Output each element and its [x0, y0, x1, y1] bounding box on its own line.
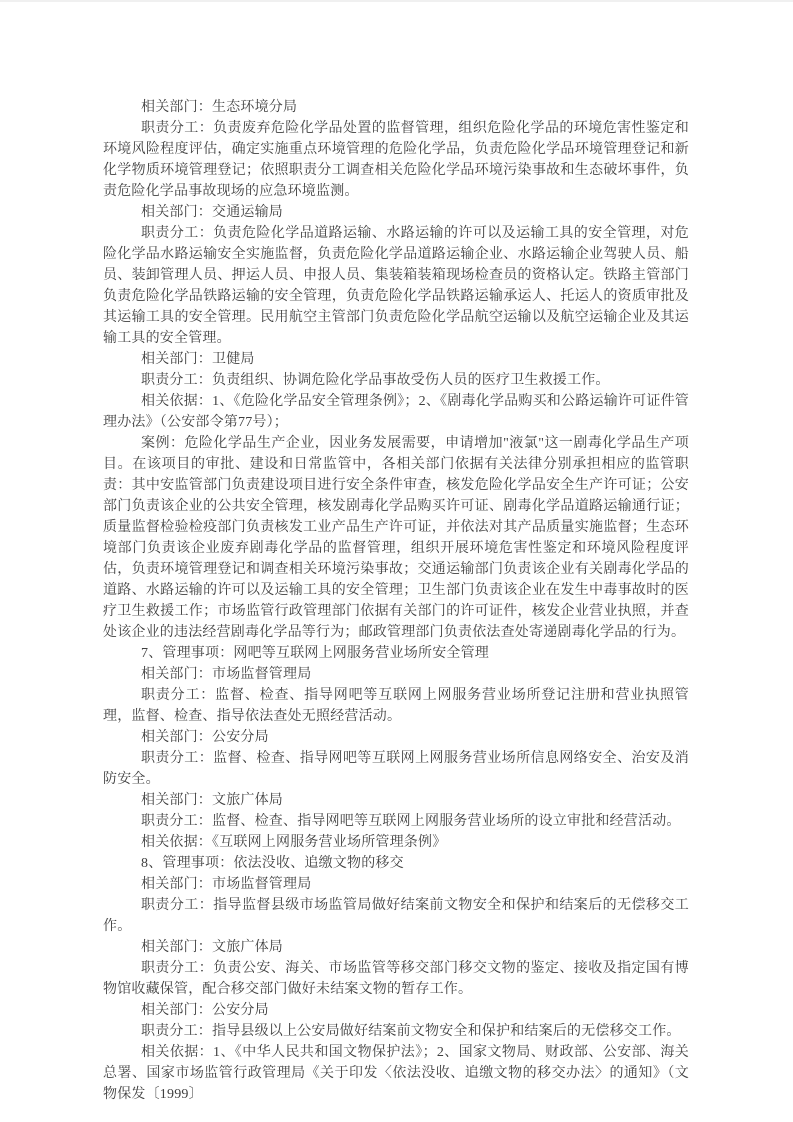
paragraph-duty: 职责分工：负责公安、海关、市场监管等移交部门移交文物的鉴定、接收及指定国有博物馆…: [103, 958, 689, 1000]
paragraph-related-dept: 相关部门：公安分局: [103, 1000, 689, 1021]
paragraph-duty: 职责分工：指导县级以上公安局做好结案前文物安全和保护和结案后的无偿移交工作。: [103, 1021, 689, 1042]
document-page: 相关部门：生态环境分局 职责分工：负责废弃危险化学品处置的监督管理，组织危险化学…: [0, 2, 793, 1122]
paragraph-duty: 职责分工：监督、检查、指导网吧等互联网上网服务营业场所登记注册和营业执照管理，监…: [103, 685, 689, 727]
paragraph-item-8-heading: 8、管理事项：依法没收、追缴文物的移交: [103, 853, 689, 874]
paragraph-related-dept: 相关部门：交通运输局: [103, 202, 689, 223]
paragraph-duty: 职责分工：负责组织、协调危险化学品事故受伤人员的医疗卫生救援工作。: [103, 370, 689, 391]
paragraph-related-dept: 相关部门：市场监督管理局: [103, 664, 689, 685]
paragraph-related-dept: 相关部门：文旅广体局: [103, 937, 689, 958]
paragraph-case-example: 案例：危险化学品生产企业，因业务发展需要，申请增加"液氯"这一剧毒化学品生产项目…: [103, 433, 689, 643]
paragraph-legal-basis: 相关依据：《互联网上网服务营业场所管理条例》: [103, 832, 689, 853]
paragraph-duty: 职责分工：指导监督县级市场监管局做好结案前文物安全和保护和结案后的无偿移交工作。: [103, 895, 689, 937]
paragraph-related-dept: 相关部门：市场监督管理局: [103, 874, 689, 895]
paragraph-related-dept: 相关部门：文旅广体局: [103, 790, 689, 811]
paragraph-duty: 职责分工：监督、检查、指导网吧等互联网上网服务营业场所的设立审批和经营活动。: [103, 811, 689, 832]
paragraph-related-dept: 相关部门：公安分局: [103, 727, 689, 748]
paragraph-related-dept: 相关部门：卫健局: [103, 349, 689, 370]
paragraph-duty: 职责分工：负责危险化学品道路运输、水路运输的许可以及运输工具的安全管理，对危险化…: [103, 223, 689, 349]
paragraph-duty: 职责分工：监督、检查、指导网吧等互联网上网服务营业场所信息网络安全、治安及消防安…: [103, 748, 689, 790]
paragraph-legal-basis: 相关依据：1、《危险化学品安全管理条例》；2、《剧毒化学品购买和公路运输许可证件…: [103, 391, 689, 433]
document-body: 相关部门：生态环境分局 职责分工：负责废弃危险化学品处置的监督管理，组织危险化学…: [103, 97, 689, 1105]
paragraph-legal-basis: 相关依据：1、《中华人民共和国文物保护法》；2、国家文物局、财政部、公安部、海关…: [103, 1042, 689, 1105]
paragraph-related-dept: 相关部门：生态环境分局: [103, 97, 689, 118]
paragraph-item-7-heading: 7、管理事项：网吧等互联网上网服务营业场所安全管理: [103, 643, 689, 664]
paragraph-duty: 职责分工：负责废弃危险化学品处置的监督管理，组织危险化学品的环境危害性鉴定和环境…: [103, 118, 689, 202]
